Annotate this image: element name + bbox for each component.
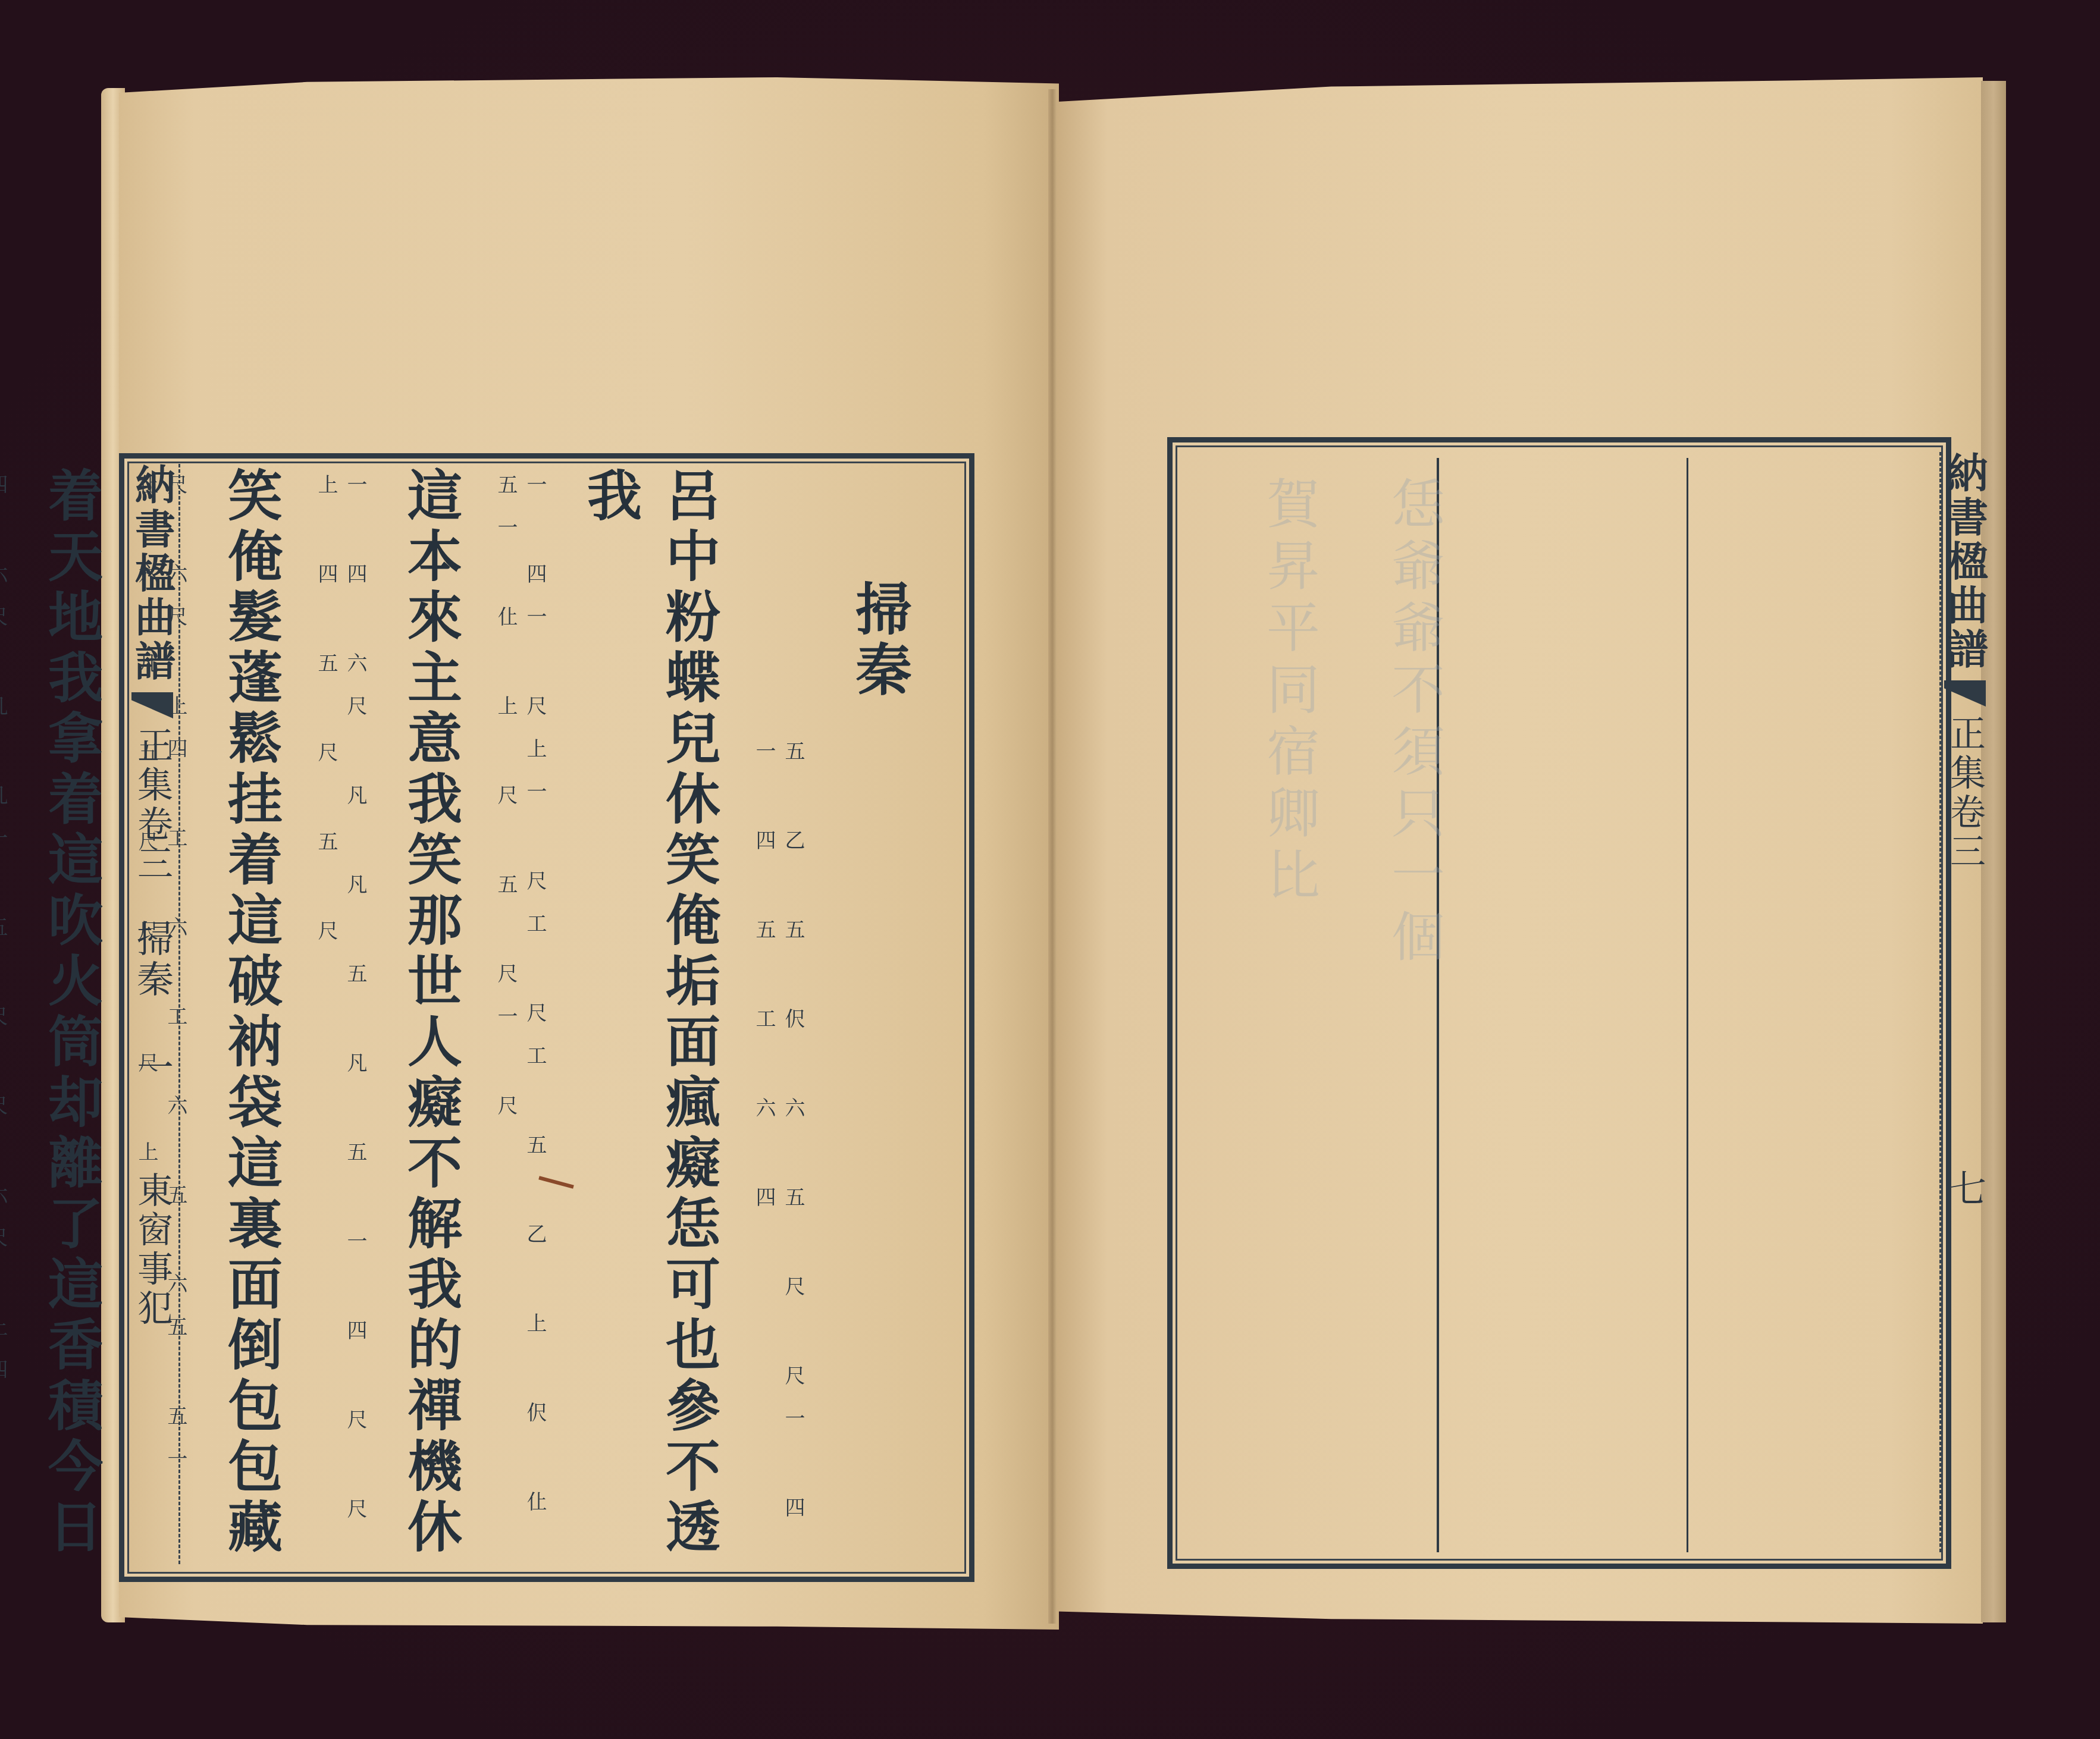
banxin-book-title: 納書楹曲譜 (1936, 452, 1994, 672)
score-text-area: 掃秦 五 乙 五 伬 六 五 尺 尺一 四 一 四 五 工 六 四 呂中粉蝶兒休… (181, 467, 955, 1561)
notation-column-4: 尺 六尺 上四 工 六 工 六 五 六五 五一 仩 六 凡 五 尺 尺一 尺 上 (132, 467, 190, 1561)
banxin-page-number: 七 (1939, 1169, 1992, 1210)
notation-column-2: 一 四一 尺上一 尺工 尺工 五 乙 上 伬 仩 五一 仩 上 尺 五 尺一 尺 (491, 467, 550, 1561)
lyric-column-3: 笑俺髮蓬鬆挂着這破衲袋這裏面倒包包藏 (212, 467, 290, 1561)
book-gutter (1048, 89, 1057, 1624)
notation-column-5: 四 六尺 凡 凡一 五 尺 尺 六尺 上四 (0, 467, 11, 1561)
show-through-text: 恁爺爺不須只一個 (1374, 476, 1452, 971)
show-through-text: 賀昇平同宿卿比 (1249, 476, 1327, 909)
notation-column-1: 五 乙 五 伬 六 五 尺 尺一 四 一 四 五 工 六 四 (750, 467, 808, 1561)
notation-column-3: 一 四 六尺 凡 凡 五 凡 五 一 四 尺 尺 上 四 五 尺 五 尺 (312, 467, 370, 1561)
fish-tail-icon (1944, 680, 1986, 707)
right-banxin: 納書楹曲譜 正集卷三 七 (1939, 452, 1989, 1552)
open-book: 納書楹曲譜 正集卷三 掃秦 一 東窗事犯 掃秦 五 乙 五 伬 六 五 尺 尺一… (0, 0, 2100, 1739)
banxin-volume: 正集卷三 (1939, 715, 1991, 872)
lyric-column-2: 這本來主意我笑那世人癡不解我的禪機休 (391, 467, 470, 1561)
lyric-column-4: 着天地我拿着這吹火筒却離了這香積今日 (32, 467, 111, 1561)
piece-title: 掃秦 (839, 467, 919, 1561)
column-rule-2 (1687, 458, 1688, 1552)
lyric-column-1: 呂中粉蝶兒休笑俺垢面瘋癡恁可也參不透我 (571, 467, 728, 1561)
